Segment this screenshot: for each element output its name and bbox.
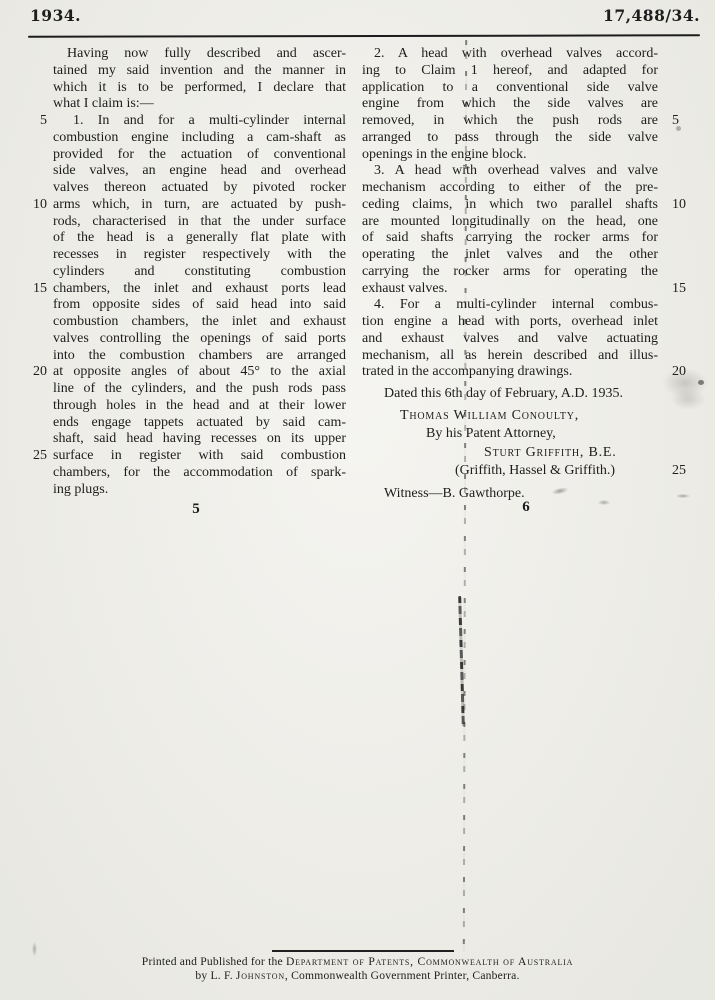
margin-line-number: 5 [28, 113, 53, 130]
line-text: 4. For a multi-cylinder internal combus- [362, 297, 658, 314]
line-text: valves thereon actuated by pivoted rocke… [53, 180, 346, 197]
text-line: (Griffith, Hassel & Griffith.)25 [362, 462, 696, 481]
header-rule [28, 34, 700, 38]
page-number-left: 5 [186, 501, 206, 518]
text-line: 3. A head with overhead valves and valve [362, 163, 696, 180]
line-text: provided for the actuation of convention… [53, 147, 346, 164]
text-line: which it is to be performed, I declare t… [28, 80, 346, 97]
text-line: side valves, an engine head and overhead [28, 163, 346, 180]
header-year: 1934. [30, 6, 81, 25]
text-line: trated in the accompanying drawings.20 [362, 364, 696, 381]
text-line: rods, characterised in that the under su… [28, 214, 346, 231]
line-text: combustion engine including a cam-shaft … [53, 130, 346, 147]
line-text: By his Patent Attorney, [362, 425, 658, 444]
footer-imprint-line2-smallcaps: Johnston [236, 969, 285, 982]
margin-line-number: 15 [658, 281, 696, 298]
margin-line-number [658, 80, 696, 97]
text-line: 2. A head with overhead valves accord- [362, 46, 696, 63]
text-line: Thomas William Conoulty, [362, 407, 696, 426]
line-text: Dated this 6th day of February, A.D. 193… [362, 385, 658, 404]
margin-line-number [28, 297, 53, 314]
line-text: arranged to pass through the side valve [362, 130, 658, 147]
margin-line-number [658, 314, 696, 331]
margin-line-number [658, 348, 696, 365]
text-line: shaft, said head having recesses on its … [28, 431, 346, 448]
ink-speck [32, 942, 37, 956]
text-line: 25surface in register with said combusti… [28, 448, 346, 465]
text-line: ceding claims, in which two parallel sha… [362, 197, 696, 214]
text-line: through holes in the head and at their l… [28, 398, 346, 415]
text-line: chambers, for the accommodation of spark… [28, 465, 346, 482]
line-text: line of the cylinders, and the push rods… [53, 381, 346, 398]
margin-line-number [658, 214, 696, 231]
text-line: tion engine a head with ports, overhead … [362, 314, 696, 331]
margin-line-number [28, 180, 53, 197]
margin-line-number [28, 163, 53, 180]
footer-rule [272, 950, 454, 952]
line-text: chambers, the inlet and exhaust ports le… [53, 281, 346, 298]
margin-line-number [658, 63, 696, 80]
line-text: ends engage tappets actuated by said cam… [53, 415, 346, 432]
margin-line-number [28, 214, 53, 231]
line-text: at opposite angles of about 45° to the a… [53, 364, 346, 381]
line-text: valves controlling the openings of said … [53, 331, 346, 348]
text-line: ends engage tappets actuated by said cam… [28, 415, 346, 432]
text-line: 4. For a multi-cylinder internal combus- [362, 297, 696, 314]
left-claims-column: Having now fully described and ascer-tai… [28, 46, 346, 498]
line-text: (Griffith, Hassel & Griffith.) [362, 462, 658, 481]
text-line: valves thereon actuated by pivoted rocke… [28, 180, 346, 197]
line-text: carrying the rocker arms for operating t… [362, 264, 658, 281]
text-line: Having now fully described and ascer- [28, 46, 346, 63]
footer-imprint-line1-prefix: Printed and Published for the [142, 955, 286, 968]
line-text: arms which, in turn, are actuated by pus… [53, 197, 346, 214]
line-text: ing plugs. [53, 482, 346, 499]
margin-line-number: 25 [658, 462, 696, 481]
text-line: application to a conventional side valve [362, 80, 696, 97]
line-text: removed, in which the push rods are [362, 113, 658, 130]
margin-line-number [658, 130, 696, 147]
line-text: recesses in register respectively with t… [53, 247, 346, 264]
text-line: arranged to pass through the side valve [362, 130, 696, 147]
text-line: 20at opposite angles of about 45° to the… [28, 364, 346, 381]
margin-line-number [658, 163, 696, 180]
margin-line-number [28, 130, 53, 147]
line-text: trated in the accompanying drawings. [362, 364, 658, 381]
margin-line-number [658, 230, 696, 247]
text-line: of the head is a generally flat plate wi… [28, 230, 346, 247]
footer-imprint-line1-smallcaps: Department of Patents, Commonwealth of A… [286, 955, 573, 968]
line-text: from opposite sides of said head into sa… [53, 297, 346, 314]
line-text: into the combustion chambers are arrange… [53, 348, 346, 365]
text-line: combustion chambers, the inlet and exhau… [28, 314, 346, 331]
line-text: rods, characterised in that the under su… [53, 214, 346, 231]
text-line: are mounted longitudinally on the head, … [362, 214, 696, 231]
line-text: 2. A head with overhead valves accord- [362, 46, 658, 63]
text-line: openings in the engine block. [362, 147, 696, 164]
text-line: into the combustion chambers are arrange… [28, 348, 346, 365]
margin-line-number [658, 331, 696, 348]
margin-line-number [28, 482, 53, 499]
margin-line-number: 25 [28, 448, 53, 465]
line-text: combustion chambers, the inlet and exhau… [53, 314, 346, 331]
line-text: mechanism according to either of the pre… [362, 180, 658, 197]
margin-line-number [28, 431, 53, 448]
margin-line-number [658, 297, 696, 314]
text-line: 15chambers, the inlet and exhaust ports … [28, 281, 346, 298]
margin-line-number: 20 [28, 364, 53, 381]
line-text: Thomas William Conoulty, [362, 407, 658, 426]
line-text: openings in the engine block. [362, 147, 658, 164]
margin-line-number [28, 247, 53, 264]
margin-line-number [658, 425, 696, 444]
text-line: mechanism, all as herein described and i… [362, 348, 696, 365]
margin-line-number [28, 348, 53, 365]
text-line: exhaust valves.15 [362, 281, 696, 298]
text-line: cylinders and constituting combustion [28, 264, 346, 281]
margin-line-number [28, 264, 53, 281]
line-text: side valves, an engine head and overhead [53, 163, 346, 180]
margin-line-number [28, 46, 53, 63]
line-text: tained my said invention and the manner … [53, 63, 346, 80]
line-text: engine from which the side valves are [362, 96, 658, 113]
margin-line-number [658, 147, 696, 164]
footer-imprint-line1: Printed and Published for the Department… [0, 955, 715, 968]
line-text: ceding claims, in which two parallel sha… [362, 197, 658, 214]
margin-line-number [28, 331, 53, 348]
line-text: tion engine a head with ports, overhead … [362, 314, 658, 331]
text-line: valves controlling the openings of said … [28, 331, 346, 348]
line-text: are mounted longitudinally on the head, … [362, 214, 658, 231]
text-line: from opposite sides of said head into sa… [28, 297, 346, 314]
text-line: engine from which the side valves are [362, 96, 696, 113]
text-line: Sturt Griffith, B.E. [362, 444, 696, 463]
margin-line-number [28, 63, 53, 80]
line-text: which it is to be performed, I declare t… [53, 80, 346, 97]
ink-speck [676, 126, 681, 131]
line-text: shaft, said head having recesses on its … [53, 431, 346, 448]
text-line: Dated this 6th day of February, A.D. 193… [362, 385, 696, 404]
line-text: application to a conventional side valve [362, 80, 658, 97]
line-text: ing to Claim 1 hereof, and adapted for [362, 63, 658, 80]
footer-imprint-line2-suffix: , Commonwealth Government Printer, Canbe… [285, 969, 520, 982]
text-line: removed, in which the push rods are5 [362, 113, 696, 130]
line-text: surface in register with said combustion [53, 448, 346, 465]
line-text: what I claim is:— [53, 96, 346, 113]
line-text: chambers, for the accommodation of spark… [53, 465, 346, 482]
text-line: ing to Claim 1 hereof, and adapted for [362, 63, 696, 80]
margin-line-number: 10 [28, 197, 53, 214]
ink-speck [676, 494, 690, 498]
text-line: line of the cylinders, and the push rods… [28, 381, 346, 398]
text-line: and exhaust valves and valve actuating [362, 331, 696, 348]
line-text: exhaust valves. [362, 281, 658, 298]
line-text: Sturt Griffith, B.E. [362, 444, 658, 463]
line-text: operating the inlet valves and the other [362, 247, 658, 264]
margin-line-number [28, 80, 53, 97]
header-application-number: 17,488/34. [603, 6, 700, 25]
margin-line-number [658, 96, 696, 113]
footer-imprint-line2: by L. F. Johnston, Commonwealth Governme… [0, 969, 715, 982]
margin-line-number [28, 381, 53, 398]
footer-imprint-line2-prefix: by L. F. [195, 969, 236, 982]
margin-line-number [28, 415, 53, 432]
margin-line-number [658, 180, 696, 197]
line-text: of said shafts carrying the rocker arms … [362, 230, 658, 247]
line-text: cylinders and constituting combustion [53, 264, 346, 281]
margin-line-number [658, 444, 696, 463]
margin-line-number [28, 96, 53, 113]
line-text: and exhaust valves and valve actuating [362, 331, 658, 348]
text-line: By his Patent Attorney, [362, 425, 696, 444]
ink-speck [698, 380, 704, 385]
margin-line-number [658, 264, 696, 281]
text-line: combustion engine including a cam-shaft … [28, 130, 346, 147]
line-text: 1. In and for a multi-cylinder internal [53, 113, 346, 130]
line-text: 3. A head with overhead valves and valve [362, 163, 658, 180]
margin-line-number [28, 147, 53, 164]
text-line: mechanism according to either of the pre… [362, 180, 696, 197]
margin-line-number [28, 314, 53, 331]
text-line: recesses in register respectively with t… [28, 247, 346, 264]
line-text: through holes in the head and at their l… [53, 398, 346, 415]
text-line: 10arms which, in turn, are actuated by p… [28, 197, 346, 214]
text-line: provided for the actuation of convention… [28, 147, 346, 164]
text-line: what I claim is:— [28, 96, 346, 113]
ink-smudge [670, 388, 706, 410]
line-text: Witness—B. Gawthorpe. [362, 485, 658, 504]
margin-line-number [28, 398, 53, 415]
line-text: mechanism, all as herein described and i… [362, 348, 658, 365]
margin-line-number [28, 230, 53, 247]
text-line: 51. In and for a multi-cylinder internal [28, 113, 346, 130]
closing-signature-block: Dated this 6th day of February, A.D. 193… [362, 381, 696, 503]
margin-line-number: 10 [658, 197, 696, 214]
text-line: operating the inlet valves and the other [362, 247, 696, 264]
margin-line-number [658, 46, 696, 63]
text-line: carrying the rocker arms for operating t… [362, 264, 696, 281]
line-text: of the head is a generally flat plate wi… [53, 230, 346, 247]
ink-speck [598, 500, 610, 505]
margin-line-number: 15 [28, 281, 53, 298]
patent-page: 1934. 17,488/34. Having now fully descri… [0, 0, 715, 1000]
page-number-right: 6 [516, 499, 536, 516]
margin-line-number [658, 247, 696, 264]
text-line: of said shafts carrying the rocker arms … [362, 230, 696, 247]
text-line: tained my said invention and the manner … [28, 63, 346, 80]
line-text: Having now fully described and ascer- [53, 46, 346, 63]
right-claims-column: 2. A head with overhead valves accord-in… [362, 46, 696, 381]
margin-line-number [28, 465, 53, 482]
text-line: ing plugs. [28, 482, 346, 499]
